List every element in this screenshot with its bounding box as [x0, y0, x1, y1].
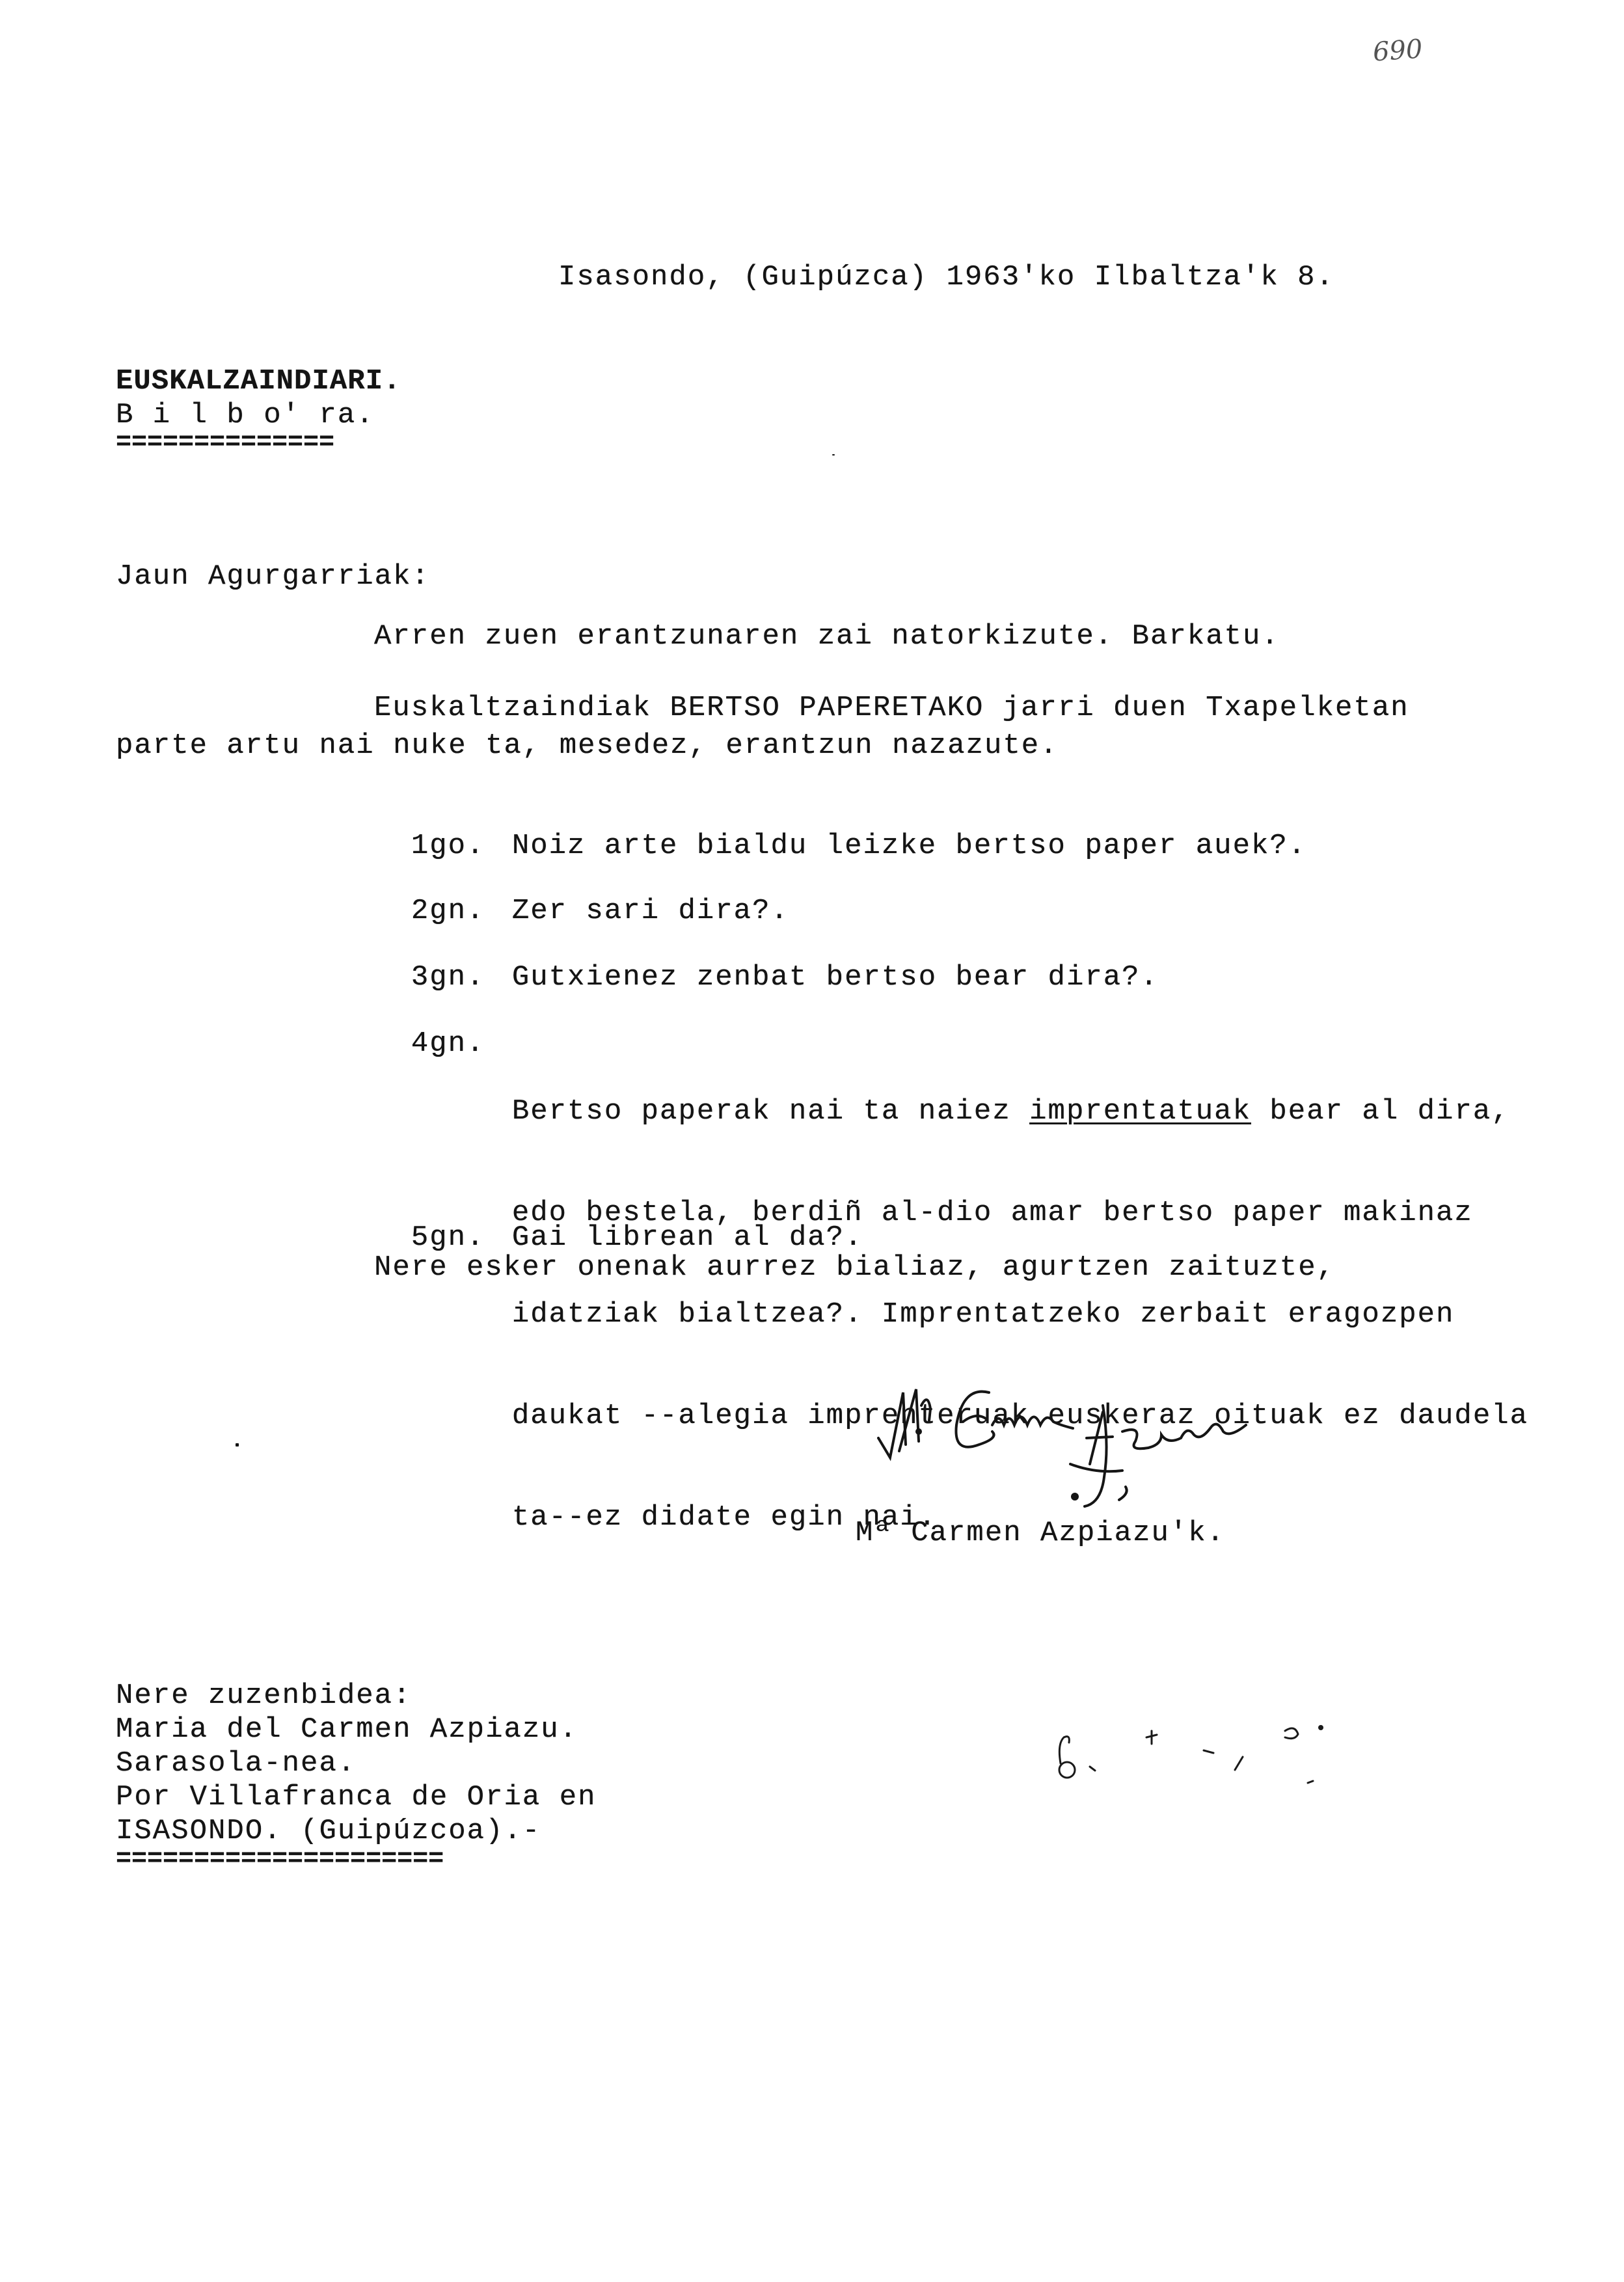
paper-speck: [832, 454, 835, 455]
archive-number: 690: [1372, 34, 1423, 67]
question-4-line-3: idatziak bialtzea?. Imprentatzeko zerbai…: [512, 1297, 1528, 1331]
recipient-divider: ==============: [116, 426, 334, 460]
salutation: Jaun Agurgarriak:: [116, 560, 430, 593]
signature-strokes-icon: [865, 1366, 1483, 1516]
place-date-line: Isasondo, (Guipúzca) 1963'ko Ilbaltza'k …: [558, 260, 1334, 294]
text-segment: Bertso paperak nai ta naiez: [512, 1095, 1029, 1128]
address-line-via: Por Villafranca de Oria en: [116, 1780, 597, 1814]
question-2: 2gn.Zer sari dira?.: [374, 860, 789, 928]
question-text: Noiz arte bialdu leizke bertso paper aue…: [512, 829, 1306, 863]
address-divider: =====================: [116, 1843, 444, 1877]
handwritten-signature: [865, 1366, 1483, 1516]
text-segment: bear al dira,: [1251, 1095, 1510, 1128]
question-1: 1go.Noiz arte bialdu leizke bertso paper…: [374, 795, 1306, 863]
body-paragraph-2-line-2: parte artu nai nuke ta, mesedez, erantzu…: [116, 729, 1059, 763]
body-paragraph-1: Arren zuen erantzunaren zai natorkizute.…: [374, 619, 1280, 653]
scribble-marks-icon: [1041, 1705, 1334, 1789]
question-number: 4gn.: [411, 1027, 512, 1061]
question-text: Gai librean al da?.: [512, 1221, 863, 1255]
address-line-house: Sarasola-nea.: [116, 1746, 356, 1780]
underlined-word: imprentatuak: [1029, 1095, 1251, 1128]
address-heading: Nere zuzenbidea:: [116, 1679, 411, 1713]
question-4-line-1: Bertso paperak nai ta naiez imprentatuak…: [512, 1094, 1528, 1128]
faint-handwritten-marks: [1041, 1705, 1334, 1789]
question-text: Zer sari dira?.: [512, 894, 789, 928]
body-paragraph-2-line-1: Euskaltzaindiak BERTSO PAPERETAKO jarri …: [374, 691, 1409, 725]
question-number: 5gn.: [411, 1221, 512, 1255]
closing-line: Nere esker onenak aurrez bialiaz, agurtz…: [374, 1251, 1335, 1284]
recipient-name: EUSKALZAINDIARI.: [116, 364, 401, 398]
question-5: 5gn.Gai librean al da?.: [374, 1187, 863, 1255]
question-text: Gutxienez zenbat bertso bear dira?.: [512, 960, 1159, 994]
question-number: 2gn.: [411, 894, 512, 928]
address-line-name: Maria del Carmen Azpiazu.: [116, 1713, 578, 1746]
paper-speck: [236, 1443, 239, 1447]
question-3: 3gn.Gutxienez zenbat bertso bear dira?.: [374, 927, 1159, 994]
question-number: 1go.: [411, 829, 512, 863]
question-number: 3gn.: [411, 960, 512, 994]
typed-signature-name: Mª Carmen Azpiazu'k.: [856, 1516, 1225, 1550]
